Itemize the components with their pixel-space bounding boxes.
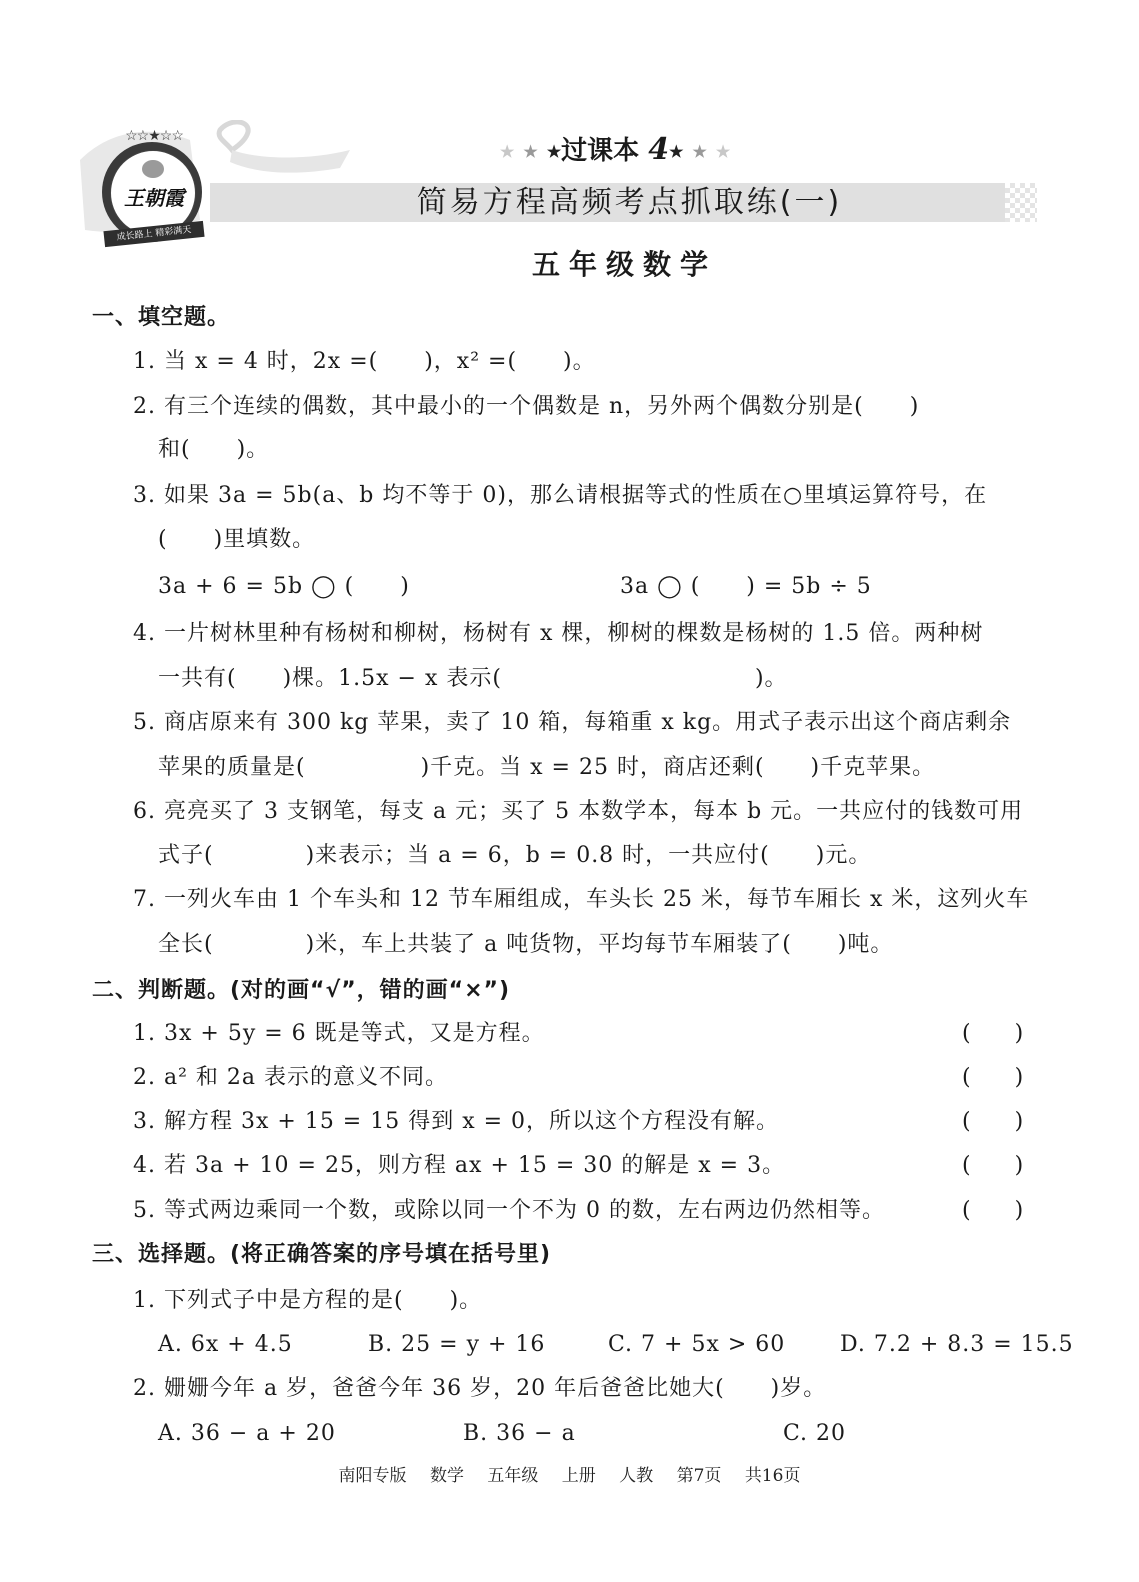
option-a: A. 6x + 4.5 bbox=[158, 1330, 293, 1360]
section-title-multiple-choice: 三、选择题。(将正确答案的序号填在括号里) bbox=[92, 1240, 551, 1270]
kicker-label: ★ ★ ★过课本 4★ ★ ★ bbox=[500, 133, 730, 169]
question-2-5: 5. 等式两边乘同一个数，或除以同一个不为 0 的数，左右两边仍然相等。 bbox=[133, 1196, 885, 1226]
option-b: B. 36 − a bbox=[463, 1419, 576, 1449]
question-1-3: 3. 如果 3a = 5b(a、b 均不等于 0)，那么请根据等式的性质在○里填… bbox=[133, 481, 987, 511]
question-2-3: 3. 解方程 3x + 15 = 15 得到 x = 0，所以这个方程没有解。 bbox=[133, 1107, 779, 1137]
question-text: a² 和 2a 表示的意义不同。 bbox=[164, 1065, 448, 1090]
answer-blank[interactable]: ( ) bbox=[962, 1063, 1023, 1093]
answer-blank[interactable]: ( ) bbox=[962, 1196, 1023, 1226]
question-text-continued: 一共有( )棵。1.5x − x 表示( )。 bbox=[158, 664, 788, 694]
kicker-text: 过课本 bbox=[561, 136, 639, 166]
question-3-2: 2. 姗姗今年 a 岁，爸爸今年 36 岁，20 年后爸爸比她大( )岁。 bbox=[133, 1374, 826, 1404]
option-c: C. 20 bbox=[783, 1419, 846, 1449]
answer-blank[interactable]: ( ) bbox=[962, 1107, 1023, 1137]
section-title-true-false: 二、判断题。(对的画“√”，错的画“×”) bbox=[92, 976, 510, 1006]
question-number: 1. bbox=[133, 1021, 156, 1046]
question-number: 5. bbox=[133, 1198, 156, 1223]
star-icon: ★ bbox=[693, 142, 707, 161]
page-subtitle: 五年级数学 bbox=[0, 247, 1139, 283]
question-number: 4. bbox=[133, 621, 156, 646]
footer-publisher: 人教 bbox=[619, 1466, 653, 1486]
question-2-4: 4. 若 3a + 10 = 25，则方程 ax + 15 = 30 的解是 x… bbox=[133, 1151, 785, 1181]
question-text: 3x + 5y = 6 既是等式，又是方程。 bbox=[164, 1021, 545, 1046]
star-icon: ★ bbox=[523, 142, 537, 161]
question-1-5: 5. 商店原来有 300 kg 苹果，卖了 10 箱，每箱重 x kg。用式子表… bbox=[133, 708, 1011, 738]
answer-blank[interactable]: ( ) bbox=[962, 1019, 1023, 1049]
portrait-icon bbox=[142, 160, 164, 178]
question-number: 1. bbox=[133, 349, 156, 374]
question-text: 一片树林里种有杨树和柳树，杨树有 x 棵，柳树的棵数是杨树的 1.5 倍。两种树 bbox=[164, 621, 983, 646]
question-text: 下列式子中是方程的是( )。 bbox=[164, 1288, 482, 1313]
question-text: 等式两边乘同一个数，或除以同一个不为 0 的数，左右两边仍然相等。 bbox=[164, 1198, 885, 1223]
star-icon: ★ bbox=[547, 142, 561, 161]
kicker-number: 4 bbox=[648, 132, 669, 167]
footer-subject: 数学 bbox=[430, 1466, 464, 1486]
question-number: 5. bbox=[133, 710, 156, 735]
question-1-4: 4. 一片树林里种有杨树和柳树，杨树有 x 棵，柳树的棵数是杨树的 1.5 倍。… bbox=[133, 619, 983, 649]
question-text: 有三个连续的偶数，其中最小的一个偶数是 n，另外两个偶数分别是( ) bbox=[164, 394, 919, 419]
option-a: A. 36 − a + 20 bbox=[158, 1419, 336, 1449]
page-title: 简易方程高频考点抓取练(一) bbox=[0, 183, 1139, 222]
question-text: 商店原来有 300 kg 苹果，卖了 10 箱，每箱重 x kg。用式子表示出这… bbox=[164, 710, 1011, 735]
footer-volume: 上册 bbox=[562, 1466, 596, 1486]
question-text: 姗姗今年 a 岁，爸爸今年 36 岁，20 年后爸爸比她大( )岁。 bbox=[164, 1376, 826, 1401]
question-text: 如果 3a = 5b(a、b 均不等于 0)，那么请根据等式的性质在○里填运算符… bbox=[164, 483, 987, 508]
option-c: C. 7 + 5x > 60 bbox=[608, 1330, 785, 1360]
question-number: 3. bbox=[133, 1109, 156, 1134]
question-text-continued: 和( )。 bbox=[158, 435, 269, 465]
question-1-1: 1. 当 x = 4 时，2x =( )，x² =( )。 bbox=[133, 347, 596, 377]
question-text: 当 x = 4 时，2x =( )，x² =( )。 bbox=[164, 349, 596, 374]
page-footer: 南阳专版 数学 五年级 上册 人教 第7页 共16页 bbox=[0, 1463, 1139, 1489]
question-number: 3. bbox=[133, 483, 156, 508]
question-1-6: 6. 亮亮买了 3 支钢笔，每支 a 元；买了 5 本数学本，每本 b 元。一共… bbox=[133, 797, 1023, 827]
option-d: D. 7.2 + 8.3 = 15.5 bbox=[840, 1330, 1074, 1360]
question-3-1: 1. 下列式子中是方程的是( )。 bbox=[133, 1286, 482, 1316]
footer-edition: 南阳专版 bbox=[339, 1466, 407, 1486]
question-text-continued: ( )里填数。 bbox=[158, 525, 315, 555]
answer-blank[interactable]: ( ) bbox=[962, 1151, 1023, 1181]
question-2-1: 1. 3x + 5y = 6 既是等式，又是方程。 bbox=[133, 1019, 545, 1049]
option-b: B. 25 = y + 16 bbox=[368, 1330, 545, 1360]
question-number: 4. bbox=[133, 1153, 156, 1178]
question-text: 亮亮买了 3 支钢笔，每支 a 元；买了 5 本数学本，每本 b 元。一共应付的… bbox=[164, 799, 1023, 824]
question-text: 解方程 3x + 15 = 15 得到 x = 0，所以这个方程没有解。 bbox=[164, 1109, 779, 1134]
question-number: 2. bbox=[133, 1065, 156, 1090]
formula-right: 3a ◯ ( ) = 5b ÷ 5 bbox=[620, 572, 872, 602]
question-1-2: 2. 有三个连续的偶数，其中最小的一个偶数是 n，另外两个偶数分别是( ) bbox=[133, 392, 919, 422]
question-text-continued: 式子( )来表示；当 a = 6，b = 0.8 时，一共应付( )元。 bbox=[158, 841, 871, 871]
star-icon: ★ bbox=[500, 142, 514, 161]
question-number: 6. bbox=[133, 799, 156, 824]
question-number: 1. bbox=[133, 1288, 156, 1313]
question-text: 若 3a + 10 = 25，则方程 ax + 15 = 30 的解是 x = … bbox=[164, 1153, 785, 1178]
question-1-7: 7. 一列火车由 1 个车头和 12 节车厢组成，车头长 25 米，每节车厢长 … bbox=[133, 885, 1029, 915]
footer-page-number: 第7页 bbox=[677, 1466, 722, 1486]
footer-grade: 五年级 bbox=[487, 1466, 538, 1486]
question-text: 一列火车由 1 个车头和 12 节车厢组成，车头长 25 米，每节车厢长 x 米… bbox=[164, 887, 1029, 912]
formula-left: 3a + 6 = 5b ◯ ( ) bbox=[158, 572, 410, 602]
star-icon: ★ bbox=[716, 142, 730, 161]
section-title-fill-in: 一、填空题。 bbox=[92, 303, 230, 333]
question-text-continued: 全长( )米，车上共装了 a 吨货物，平均每节车厢装了( )吨。 bbox=[158, 930, 893, 960]
question-number: 2. bbox=[133, 1376, 156, 1401]
footer-total-pages: 共16页 bbox=[745, 1466, 801, 1486]
star-icon: ★ bbox=[669, 142, 683, 161]
question-text-continued: 苹果的质量是( )千克。当 x = 25 时，商店还剩( )千克苹果。 bbox=[158, 753, 935, 783]
question-2-2: 2. a² 和 2a 表示的意义不同。 bbox=[133, 1063, 448, 1093]
question-number: 7. bbox=[133, 887, 156, 912]
question-number: 2. bbox=[133, 394, 156, 419]
